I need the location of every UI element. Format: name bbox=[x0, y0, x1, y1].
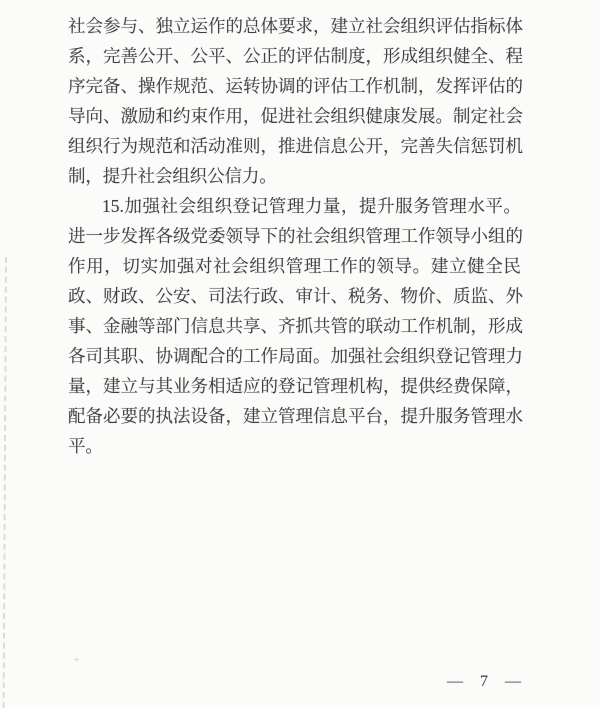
scan-speck: + bbox=[74, 656, 80, 666]
text-line: 事、金融等部门信息共享、齐抓共管的联动工作机制，形成 bbox=[68, 311, 521, 341]
text-line: 导向、激励和约束作用，促进社会组织健康发展。制定社会 bbox=[68, 101, 521, 131]
text-line: 各司其职、协调配合的工作局面。加强社会组织登记管理力 bbox=[68, 341, 521, 371]
footer-dash-left: — bbox=[447, 672, 463, 692]
text-line: 组织行为规范和活动准则，推进信息公开，完善失信惩罚机 bbox=[68, 131, 521, 161]
text-line: 进一步发挥各级党委领导下的社会组织管理工作领导小组的 bbox=[68, 221, 521, 251]
text-line: 系，完善公开、公平、公正的评估制度，形成组织健全、程 bbox=[68, 41, 521, 71]
page-footer: — 7 — bbox=[447, 672, 521, 692]
text-line: 作用，切实加强对社会组织管理工作的领导。建立健全民 bbox=[68, 251, 521, 281]
document-page: 社会参与、独立运作的总体要求，建立社会组织评估指标体系，完善公开、公平、公正的评… bbox=[0, 0, 600, 708]
text-line: 量，建立与其业务相适应的登记管理机构，提供经费保障， bbox=[68, 371, 521, 401]
text-line: 序完备、操作规范、运转协调的评估工作机制，发挥评估的 bbox=[68, 71, 521, 101]
scan-edge-artifact bbox=[3, 257, 7, 708]
page-number: 7 bbox=[480, 672, 488, 692]
paragraph: 15.加强社会组织登记管理力量，提升服务管理水平。进一步发挥各级党委领导下的社会… bbox=[68, 191, 521, 461]
text-line: 15.加强社会组织登记管理力量，提升服务管理水平。 bbox=[68, 191, 521, 221]
text-line: 配备必要的执法设备，建立管理信息平台，提升服务管理水 bbox=[68, 401, 521, 431]
footer-dash-right: — bbox=[505, 672, 521, 692]
text-line: 政、财政、公安、司法行政、审计、税务、物价、质监、外 bbox=[68, 281, 521, 311]
paragraph: 社会参与、独立运作的总体要求，建立社会组织评估指标体系，完善公开、公平、公正的评… bbox=[68, 11, 521, 191]
text-line: 制，提升社会组织公信力。 bbox=[68, 161, 521, 191]
body-text: 社会参与、独立运作的总体要求，建立社会组织评估指标体系，完善公开、公平、公正的评… bbox=[68, 11, 521, 461]
text-line: 社会参与、独立运作的总体要求，建立社会组织评估指标体 bbox=[68, 11, 521, 41]
text-line: 平。 bbox=[68, 431, 521, 461]
